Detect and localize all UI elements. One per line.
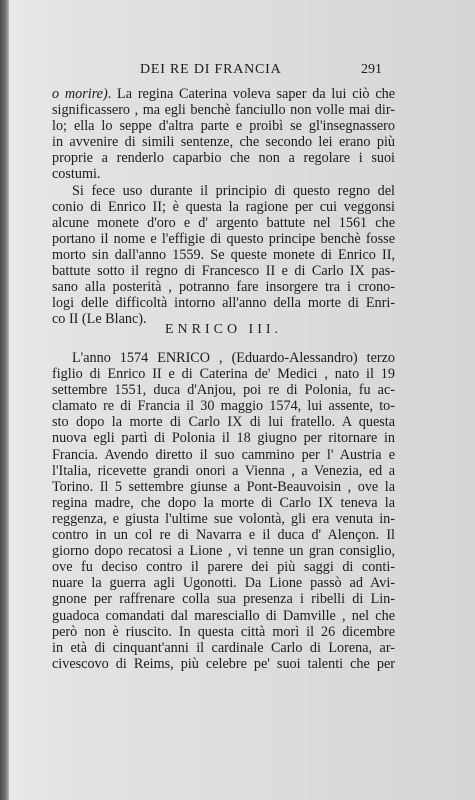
text-line: portano il nome e l'effigie di questo pr… [52,231,395,247]
text-line: Si fece uso durante il principio di ques… [52,183,395,199]
text-line: significassero , ma egli benchè fanciull… [52,102,395,118]
text-line: lo; ella lo seppe d'altra parte e proibì… [52,118,395,134]
text-line: morto sin dall'anno 1559. Se queste mone… [52,247,395,263]
text-line: nuova egli partì di Polonia il 18 giugno… [52,430,395,446]
text-line: sano alla posterità , potranno fare inso… [52,279,395,295]
text-block-bottom: L'anno 1574 ENRICO , (Eduardo-Alessandro… [52,350,395,672]
text-line: però non è riuscito. In questa città mor… [52,624,395,640]
text-line: alcune monete d'oro e d' argento battute… [52,215,395,231]
text-line: reggenza, e giusta l'ultime sue volontà,… [52,511,395,527]
running-head: DEI RE DI FRANCIA 291 [52,62,382,82]
text-line: Torino. Il 5 settembre giunse a Pont-Bea… [52,479,395,495]
text-line: proprie a renderlo caparbio che non a re… [52,150,395,166]
text-block-top: o morire). La regina Caterina voleva sap… [52,86,395,327]
text-line: figlio di Enrico II e di Caterina de' Me… [52,366,395,382]
text-line: clamato re di Francia il 30 maggio 1574,… [52,398,395,414]
paragraph: o morire). La regina Caterina voleva sap… [52,86,395,183]
text-line: L'anno 1574 ENRICO , (Eduardo-Alessandro… [52,350,395,366]
text-line: costumi. [52,166,395,182]
text-line: sto dopo la morte di Carlo IX di lui fra… [52,414,395,430]
running-head-title: DEI RE DI FRANCIA [140,62,282,78]
paragraph: Si fece uso durante il principio di ques… [52,183,395,328]
text-line: Francia. Avendo diretto il suo cammino p… [52,447,395,463]
text-line: regina madre, che dopo la morte di Carlo… [52,495,395,511]
text-line: civescovo di Reims, più celebre pe' suoi… [52,656,395,672]
paragraph: L'anno 1574 ENRICO , (Eduardo-Alessandro… [52,350,395,672]
book-binding-edge [0,0,9,800]
text-line: conio di Enrico II; è questa la ragione … [52,199,395,215]
page-number: 291 [361,62,382,78]
text-line: o morire). La regina Caterina voleva sap… [52,86,395,102]
text-line: contro in un col re di Navarra e il duca… [52,527,395,543]
text-line: ove fu deciso contro il parere dei più s… [52,559,395,575]
section-heading: ENRICO III. [52,322,395,338]
book-page: DEI RE DI FRANCIA 291 o morire). La regi… [9,0,475,800]
text-line: battute sotto il regno di Francesco II e… [52,263,395,279]
text-line: settembre 1551, duca d'Anjou, poi re di … [52,382,395,398]
text-line: giorno dopo recatosi a Lione , vi tenne … [52,543,395,559]
text-line: nuare la guerra agli Ugonotti. Da Lione … [52,575,395,591]
text-line: guadoca comandati dal maresciallo di Dam… [52,608,395,624]
text-line: logi delle difficoltà intorno all'anno d… [52,295,395,311]
text-line: in età di cinquant'anni il cardinale Car… [52,640,395,656]
text-line: gnone per raffrenare colla sua presenza … [52,591,395,607]
text-line: in avvenire di simili sentenze, che seco… [52,134,395,150]
text-line: l'Italia, ricevette grandi onori a Vienn… [52,463,395,479]
italic-fragment: o morire) [52,86,108,102]
